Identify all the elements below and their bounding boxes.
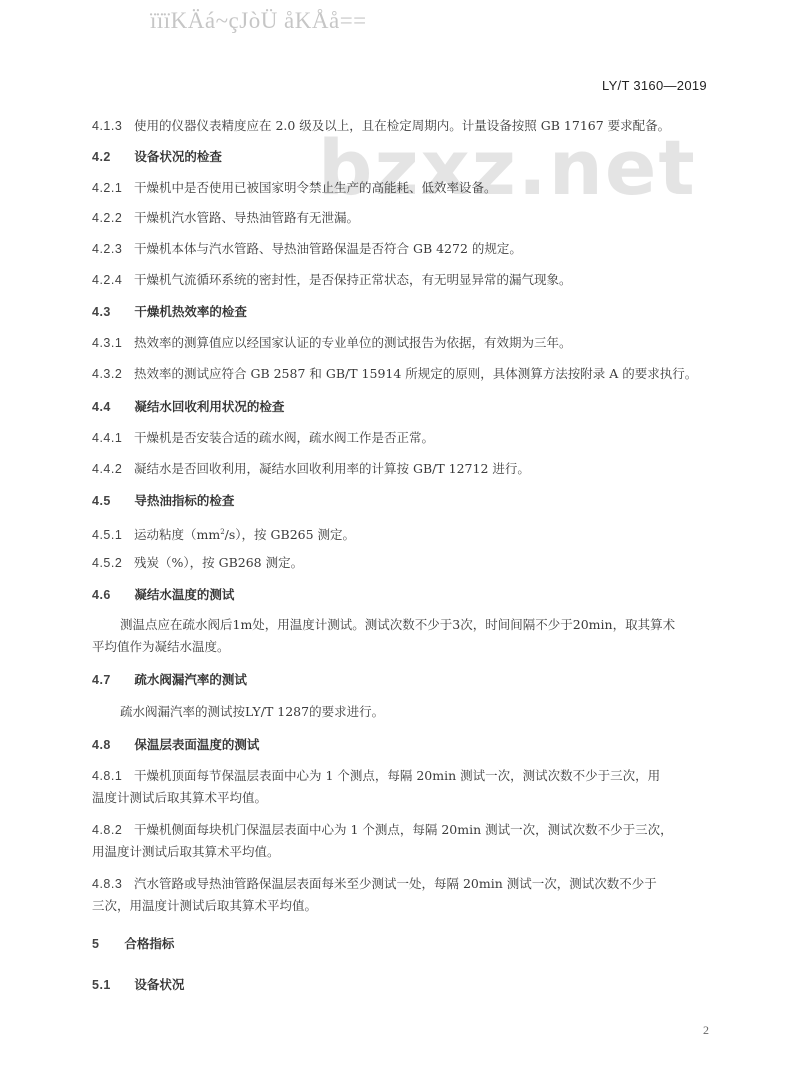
section-heading-4-7: 4.7 疏水阀漏汽率的测试 [92,670,247,690]
clause-number: 4.4.1 [92,428,130,448]
clause-4-1-3: 4.1.3 使用的仪器仪表精度应在 2.0 级及以上，且在检定周期内。计量设备按… [92,116,670,136]
section-heading-5-1: 5.1 设备状况 [92,975,184,995]
clause-text: 干燥机顶面每节保温层表面中心为 1 个测点，每隔 20min 测试一次，测试次数… [134,768,660,783]
clause-4-2-4: 4.2.4 干燥机气流循环系统的密封性，是否保持正常状态，有无明显异常的漏气现象… [92,270,572,290]
section-title: 疏水阀漏汽率的测试 [134,672,247,687]
clause-number: 4.8.1 [92,766,130,786]
paragraph-4-7-line-1: 疏水阀漏汽率的测试按LY/T 1287的要求进行。 [120,702,384,722]
clause-text: 热效率的测算值应以经国家认证的专业单位的测试报告为依据，有效期为三年。 [134,335,572,350]
clause-text: 干燥机是否安装合适的疏水阀，疏水阀工作是否正常。 [134,430,434,445]
clause-number: 4.8.2 [92,820,130,840]
section-heading-4-4: 4.4 凝结水回收利用状况的检查 [92,397,284,417]
section-number: 4.7 [92,670,130,690]
section-title: 合格指标 [124,936,174,951]
section-number: 4.5 [92,491,130,511]
clause-number: 4.2.2 [92,208,130,228]
clause-number: 4.2.3 [92,239,130,259]
clause-number: 4.3.2 [92,364,130,384]
paragraph-4-6-line-2: 平均值作为凝结水温度。 [92,637,230,657]
clause-4-2-1: 4.2.1 干燥机中是否使用已被国家明令禁止生产的高能耗、低效率设备。 [92,178,497,198]
clause-4-3-1: 4.3.1 热效率的测算值应以经国家认证的专业单位的测试报告为依据，有效期为三年… [92,333,572,353]
section-title: 设备状况 [134,977,184,992]
section-number: 4.3 [92,302,130,322]
clause-text: 热效率的测试应符合 GB 2587 和 GB/T 15914 所规定的原则，具体… [134,366,697,381]
section-title: 凝结水温度的测试 [134,587,234,602]
paragraph-4-6-line-1: 测温点应在疏水阀后1m处，用温度计测试。测试次数不少于3次，时间间隔不少于20m… [120,615,675,635]
section-heading-4-3: 4.3 干燥机热效率的检查 [92,302,247,322]
clause-text: 使用的仪器仪表精度应在 2.0 级及以上，且在检定周期内。计量设备按照 GB 1… [134,118,670,133]
section-title: 凝结水回收利用状况的检查 [134,399,284,414]
standard-code: LY/T 3160—2019 [602,78,707,93]
section-heading-4-8: 4.8 保温层表面温度的测试 [92,735,259,755]
garbled-header-text: ïïïKÄá~çJòÜ åKÅå== [150,8,367,34]
section-heading-4-2: 4.2 设备状况的检查 [92,147,222,167]
section-title: 导热油指标的检查 [134,493,234,508]
clause-4-3-2: 4.3.2 热效率的测试应符合 GB 2587 和 GB/T 15914 所规定… [92,364,697,384]
clause-4-8-2-line-2: 用温度计测试后取其算术平均值。 [92,842,280,862]
section-number: 5 [92,934,120,954]
clause-text: 干燥机中是否使用已被国家明令禁止生产的高能耗、低效率设备。 [134,180,497,195]
section-title: 设备状况的检查 [134,149,222,164]
clause-text: 干燥机侧面每块机门保温层表面中心为 1 个测点，每隔 20min 测试一次，测试… [134,822,673,837]
clause-text: 残炭（%），按 GB268 测定。 [134,555,303,570]
clause-number: 4.5.1 [92,525,130,545]
clause-number: 4.2.4 [92,270,130,290]
section-number: 4.2 [92,147,130,167]
section-heading-4-6: 4.6 凝结水温度的测试 [92,585,234,605]
clause-4-8-1-line-1: 4.8.1 干燥机顶面每节保温层表面中心为 1 个测点，每隔 20min 测试一… [92,766,660,786]
clause-4-2-3: 4.2.3 干燥机本体与汽水管路、导热油管路保温是否符合 GB 4272 的规定… [92,239,522,259]
clause-text: 干燥机本体与汽水管路、导热油管路保温是否符合 GB 4272 的规定。 [134,241,522,256]
clause-4-8-1-line-2: 温度计测试后取其算术平均值。 [92,788,267,808]
page-number: 2 [703,1023,709,1038]
section-heading-4-5: 4.5 导热油指标的检查 [92,491,234,511]
section-heading-5: 5 合格指标 [92,934,174,954]
clause-text: 汽水管路或导热油管路保温层表面每米至少测试一处，每隔 20min 测试一次，测试… [134,876,657,891]
section-number: 5.1 [92,975,130,995]
clause-number: 4.8.3 [92,874,130,894]
clause-number: 4.3.1 [92,333,130,353]
section-number: 4.4 [92,397,130,417]
section-title: 干燥机热效率的检查 [134,304,247,319]
section-number: 4.8 [92,735,130,755]
clause-number: 4.5.2 [92,553,130,573]
clause-4-8-3-line-2: 三次，用温度计测试后取其算术平均值。 [92,896,317,916]
section-number: 4.6 [92,585,130,605]
clause-4-8-3-line-1: 4.8.3 汽水管路或导热油管路保温层表面每米至少测试一处，每隔 20min 测… [92,874,657,894]
clause-4-4-1: 4.4.1 干燥机是否安装合适的疏水阀，疏水阀工作是否正常。 [92,428,434,448]
clause-text: 干燥机气流循环系统的密封性，是否保持正常状态，有无明显异常的漏气现象。 [134,272,572,287]
clause-number: 4.2.1 [92,178,130,198]
clause-number: 4.4.2 [92,459,130,479]
clause-4-4-2: 4.4.2 凝结水是否回收利用，凝结水回收利用率的计算按 GB/T 12712 … [92,459,530,479]
clause-4-5-1: 4.5.1 运动粘度（mm2/s），按 GB265 测定。 [92,522,355,545]
clause-text: 凝结水是否回收利用，凝结水回收利用率的计算按 GB/T 12712 进行。 [134,461,530,476]
clause-number: 4.1.3 [92,116,130,136]
clause-text: 干燥机汽水管路、导热油管路有无泄漏。 [134,210,359,225]
clause-text-after: /s），按 GB265 测定。 [225,527,355,542]
clause-4-2-2: 4.2.2 干燥机汽水管路、导热油管路有无泄漏。 [92,208,359,228]
section-title: 保温层表面温度的测试 [134,737,259,752]
clause-4-8-2-line-1: 4.8.2 干燥机侧面每块机门保温层表面中心为 1 个测点，每隔 20min 测… [92,820,673,840]
clause-text-before: 运动粘度（mm [134,527,220,542]
clause-4-5-2: 4.5.2 残炭（%），按 GB268 测定。 [92,553,303,573]
